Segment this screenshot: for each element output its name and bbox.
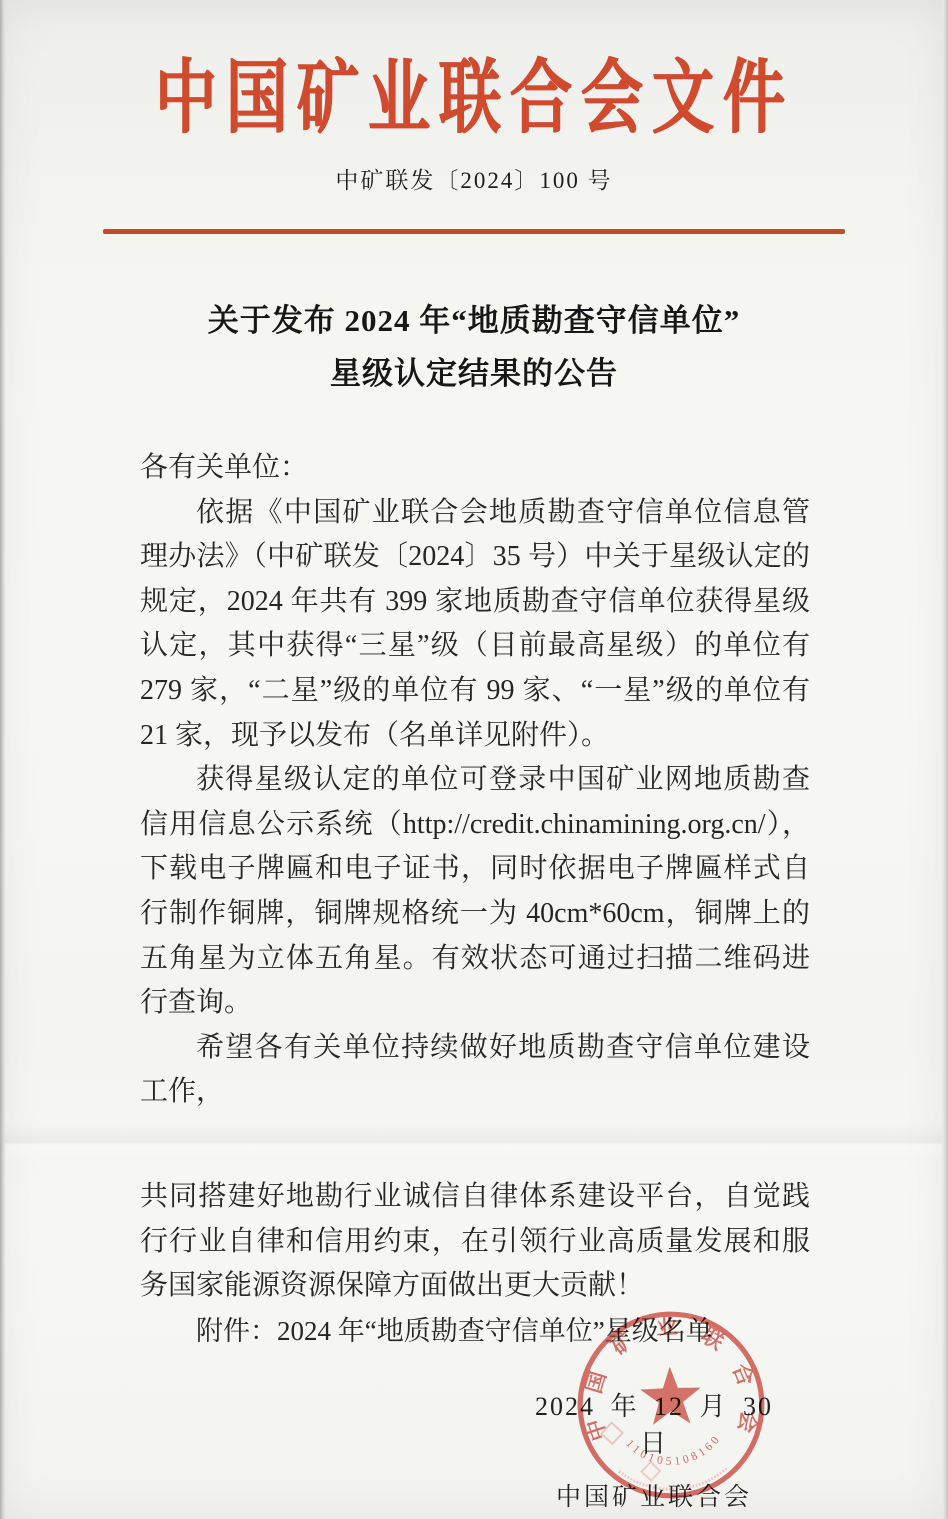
document-title-line1: 关于发布 2024 年“地质勘查守信单位” (0, 294, 948, 347)
salutation: 各有关单位： (140, 446, 810, 491)
document-number: 中矿联发〔2024〕100 号 (0, 162, 948, 195)
red-divider-rule (103, 229, 845, 234)
page-seam-shadow (0, 1121, 948, 1161)
document-title-line2: 星级认定结果的公告 (0, 347, 948, 400)
body-paragraph: 获得星级认定的单位可登录中国矿业网地质勘查信用信息公示系统（http://cre… (140, 758, 810, 1026)
letterhead-title: 中国矿业联合会文件 (0, 0, 948, 166)
page-scan-seam (140, 1115, 810, 1175)
attachment-line: 附件：2024 年“地质勘查守信单位”星级名单 (140, 1309, 810, 1354)
document-body: 各有关单位： 依据《中国矿业联合会地质勘查守信单位信息管理办法》（中矿联发〔20… (140, 446, 810, 1353)
body-paragraph: 希望各有关单位持续做好地质勘查守信单位建设工作， (140, 1026, 810, 1115)
body-paragraph: 依据《中国矿业联合会地质勘查守信单位信息管理办法》（中矿联发〔2024〕35 号… (140, 491, 810, 759)
document-title: 关于发布 2024 年“地质勘查守信单位” 星级认定结果的公告 (0, 294, 948, 400)
signature-block: 2024 年 12 月 30 日 中国矿业联合会 (528, 1386, 780, 1513)
scan-left-edge-shadow (0, 0, 6, 1519)
document-date: 2024 年 12 月 30 日 (528, 1386, 780, 1460)
scanned-official-document: 中国矿业联合会文件 中矿联发〔2024〕100 号 关于发布 2024 年“地质… (0, 0, 948, 1519)
issuing-organization: 中国矿业联合会 (528, 1477, 780, 1513)
scan-right-edge-shadow (941, 0, 948, 1519)
body-paragraph: 共同搭建好地勘行业诚信自律体系建设平台，自觉践行行业自律和信用约束，在引领行业高… (140, 1175, 810, 1309)
